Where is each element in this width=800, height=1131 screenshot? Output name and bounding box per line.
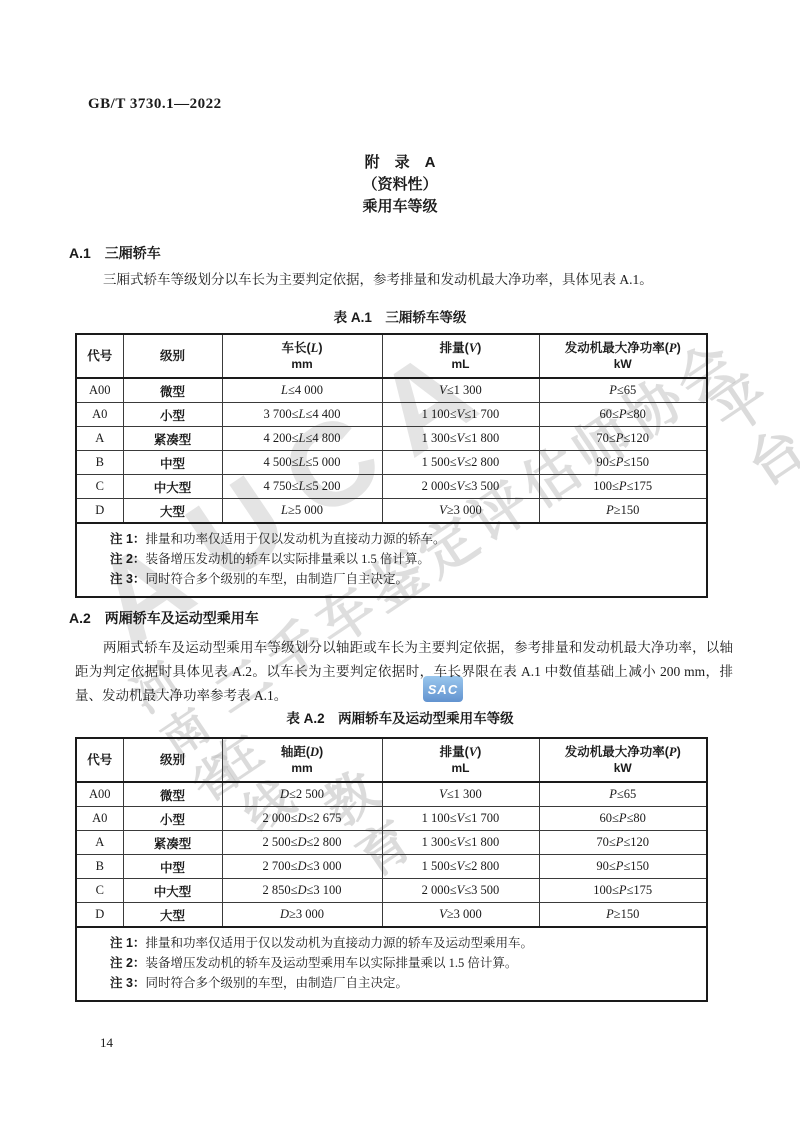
table-notes-row: 注 1：排量和功率仅适用于仅以发动机为直接动力源的轿车及运动型乘用车。注 2：装… — [76, 927, 707, 1001]
table-row: D大型D≥3 000V≥3 000P≥150 — [76, 903, 707, 928]
table-cell: 1 500≤V≤2 800 — [382, 451, 539, 475]
appendix-title: 附 录 A — [0, 152, 800, 174]
document-page: AUCA 二手车鉴定评估师协会 河南省 在线 教育 平台 SAC GB/T 37… — [0, 0, 800, 1131]
page-number: 14 — [100, 1035, 113, 1051]
table-note: 注 2：装备增压发动机的轿车及运动型乘用车以实际排量乘以 1.5 倍计算。 — [110, 953, 696, 973]
column-header: 级别 — [123, 738, 222, 782]
table-cell: 90≤P≤150 — [539, 451, 707, 475]
table-cell: 中大型 — [123, 475, 222, 499]
table-cell: 大型 — [123, 499, 222, 524]
table-cell: 1 100≤V≤1 700 — [382, 807, 539, 831]
table-notes: 注 1：排量和功率仅适用于仅以发动机为直接动力源的轿车。注 2：装备增压发动机的… — [76, 523, 707, 597]
table-cell: 4 500≤L≤5 000 — [222, 451, 382, 475]
table-cell: 小型 — [123, 403, 222, 427]
table-cell: 1 300≤V≤1 800 — [382, 427, 539, 451]
table-cell: A00 — [76, 378, 123, 403]
table-cell: D — [76, 499, 123, 524]
table-header-row: 代号级别车长(L)mm排量(V)mL发动机最大净功率(P)kW — [76, 334, 707, 378]
table-row: B中型2 700≤D≤3 0001 500≤V≤2 80090≤P≤150 — [76, 855, 707, 879]
column-header: 级别 — [123, 334, 222, 378]
table-a2: 代号级别轴距(D)mm排量(V)mL发动机最大净功率(P)kWA00微型D≤2 … — [75, 737, 708, 1002]
table-cell: 3 700≤L≤4 400 — [222, 403, 382, 427]
table-note: 注 1：排量和功率仅适用于仅以发动机为直接动力源的轿车。 — [110, 529, 696, 549]
column-header: 发动机最大净功率(P)kW — [539, 738, 707, 782]
table-note: 注 3：同时符合多个级别的车型，由制造厂自主决定。 — [110, 569, 696, 589]
standard-number: GB/T 3730.1—2022 — [88, 96, 222, 113]
table-cell: 4 200≤L≤4 800 — [222, 427, 382, 451]
table-cell: 70≤P≤120 — [539, 831, 707, 855]
table-cell: 2 700≤D≤3 000 — [222, 855, 382, 879]
table-cell: P≤65 — [539, 782, 707, 807]
table-cell: P≤65 — [539, 378, 707, 403]
table-cell: A0 — [76, 807, 123, 831]
table-cell: V≥3 000 — [382, 499, 539, 524]
table-note: 注 2：装备增压发动机的轿车以实际排量乘以 1.5 倍计算。 — [110, 549, 696, 569]
table-cell: 2 000≤V≤3 500 — [382, 879, 539, 903]
appendix-title-block: 附 录 A （资料性） 乘用车等级 — [0, 152, 800, 218]
table-row: A0小型2 000≤D≤2 6751 100≤V≤1 70060≤P≤80 — [76, 807, 707, 831]
table-row: D大型L≥5 000V≥3 000P≥150 — [76, 499, 707, 524]
table-cell: P≥150 — [539, 903, 707, 928]
table-row: A00微型L≤4 000V≤1 300P≤65 — [76, 378, 707, 403]
column-header: 轴距(D)mm — [222, 738, 382, 782]
table-cell: 紧凑型 — [123, 427, 222, 451]
table-row: A00微型D≤2 500V≤1 300P≤65 — [76, 782, 707, 807]
table-cell: 2 850≤D≤3 100 — [222, 879, 382, 903]
table-cell: 100≤P≤175 — [539, 879, 707, 903]
table-cell: C — [76, 879, 123, 903]
table-cell: V≤1 300 — [382, 782, 539, 807]
table-a1-caption: 表 A.1 三厢轿车等级 — [0, 306, 800, 326]
table-row: C中大型4 750≤L≤5 2002 000≤V≤3 500100≤P≤175 — [76, 475, 707, 499]
column-header: 排量(V)mL — [382, 738, 539, 782]
table-a2-caption: 表 A.2 两厢轿车及运动型乘用车等级 — [0, 707, 800, 727]
table-row: A紧凑型2 500≤D≤2 8001 300≤V≤1 80070≤P≤120 — [76, 831, 707, 855]
table-header-row: 代号级别轴距(D)mm排量(V)mL发动机最大净功率(P)kW — [76, 738, 707, 782]
table-cell: 小型 — [123, 807, 222, 831]
table-cell: C — [76, 475, 123, 499]
table-cell: V≥3 000 — [382, 903, 539, 928]
table-row: A0小型3 700≤L≤4 4001 100≤V≤1 70060≤P≤80 — [76, 403, 707, 427]
table-cell: A — [76, 831, 123, 855]
section-a2-heading: A.2 两厢轿车及运动型乘用车 — [69, 608, 259, 628]
table-cell: 1 100≤V≤1 700 — [382, 403, 539, 427]
table-note: 注 1：排量和功率仅适用于仅以发动机为直接动力源的轿车及运动型乘用车。 — [110, 933, 696, 953]
table-cell: 1 300≤V≤1 800 — [382, 831, 539, 855]
table-cell: 中型 — [123, 855, 222, 879]
column-header: 代号 — [76, 334, 123, 378]
table-cell: P≥150 — [539, 499, 707, 524]
table-cell: 紧凑型 — [123, 831, 222, 855]
table-cell: 微型 — [123, 378, 222, 403]
table-note: 注 3：同时符合多个级别的车型，由制造厂自主决定。 — [110, 973, 696, 993]
table-cell: 微型 — [123, 782, 222, 807]
table-cell: A00 — [76, 782, 123, 807]
table-cell: 60≤P≤80 — [539, 403, 707, 427]
table-cell: 2 000≤D≤2 675 — [222, 807, 382, 831]
table-cell: 大型 — [123, 903, 222, 928]
table-cell: L≥5 000 — [222, 499, 382, 524]
table-cell: D — [76, 903, 123, 928]
table-cell: 90≤P≤150 — [539, 855, 707, 879]
column-header: 车长(L)mm — [222, 334, 382, 378]
column-header: 发动机最大净功率(P)kW — [539, 334, 707, 378]
table-cell: 中型 — [123, 451, 222, 475]
section-a2-paragraph: 两厢式轿车及运动型乘用车等级划分以轴距或车长为主要判定依据，参考排量和发动机最大… — [75, 636, 733, 708]
table-notes-row: 注 1：排量和功率仅适用于仅以发动机为直接动力源的轿车。注 2：装备增压发动机的… — [76, 523, 707, 597]
table-a1: 代号级别车长(L)mm排量(V)mL发动机最大净功率(P)kWA00微型L≤4 … — [75, 333, 708, 598]
table-cell: D≤2 500 — [222, 782, 382, 807]
table-cell: 4 750≤L≤5 200 — [222, 475, 382, 499]
table-cell: V≤1 300 — [382, 378, 539, 403]
column-header: 代号 — [76, 738, 123, 782]
table-cell: L≤4 000 — [222, 378, 382, 403]
table-row: C中大型2 850≤D≤3 1002 000≤V≤3 500100≤P≤175 — [76, 879, 707, 903]
table-cell: 2 500≤D≤2 800 — [222, 831, 382, 855]
table-cell: D≥3 000 — [222, 903, 382, 928]
table-cell: 2 000≤V≤3 500 — [382, 475, 539, 499]
table-cell: B — [76, 451, 123, 475]
table-cell: B — [76, 855, 123, 879]
table-cell: 100≤P≤175 — [539, 475, 707, 499]
table-cell: A — [76, 427, 123, 451]
section-a1-heading: A.1 三厢轿车 — [69, 243, 161, 263]
table-cell: 60≤P≤80 — [539, 807, 707, 831]
table-cell: 1 500≤V≤2 800 — [382, 855, 539, 879]
table-cell: 中大型 — [123, 879, 222, 903]
table-row: A紧凑型4 200≤L≤4 8001 300≤V≤1 80070≤P≤120 — [76, 427, 707, 451]
table-row: B中型4 500≤L≤5 0001 500≤V≤2 80090≤P≤150 — [76, 451, 707, 475]
column-header: 排量(V)mL — [382, 334, 539, 378]
appendix-topic: 乘用车等级 — [0, 196, 800, 218]
appendix-subtitle: （资料性） — [0, 174, 800, 196]
table-cell: A0 — [76, 403, 123, 427]
table-notes: 注 1：排量和功率仅适用于仅以发动机为直接动力源的轿车及运动型乘用车。注 2：装… — [76, 927, 707, 1001]
table-cell: 70≤P≤120 — [539, 427, 707, 451]
section-a1-paragraph: 三厢式轿车等级划分以车长为主要判定依据，参考排量和发动机最大净功率，具体见表 A… — [75, 268, 733, 292]
